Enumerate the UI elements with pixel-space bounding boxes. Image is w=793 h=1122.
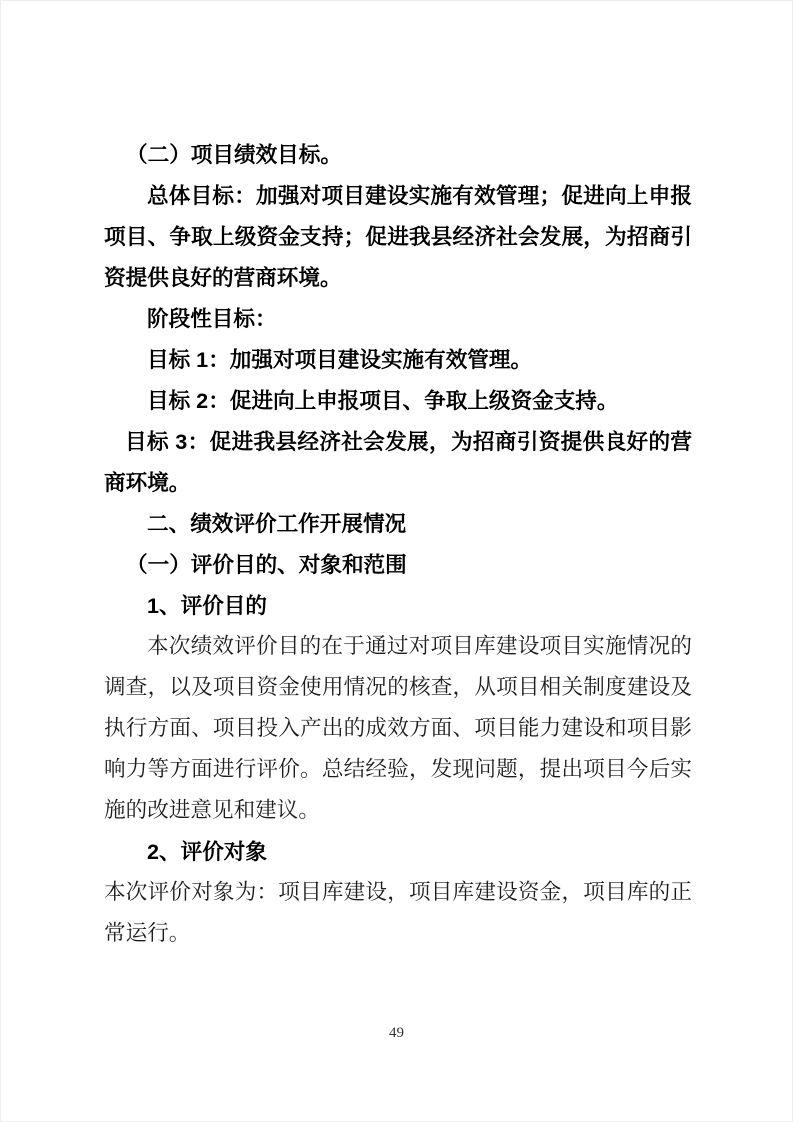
label-stage-goals: 阶段性目标： (104, 298, 692, 339)
paragraph-evaluation-purpose: 本次绩效评价目的在于通过对项目库建设项目实施情况的调查，以及项目资金使用情况的核… (104, 626, 692, 831)
goal-2-line: 目标 2：促进向上申报项目、争取上级资金支持。 (104, 380, 692, 421)
section-heading-evaluation-work: 二、绩效评价工作开展情况 (104, 503, 692, 544)
paragraph-evaluation-object: 本次评价对象为：项目库建设，项目库建设资金，项目库的正常运行。 (104, 872, 692, 954)
heading-item-2-evaluation-object: 2、评价对象 (104, 831, 692, 872)
document-body: （二）项目绩效目标。 总体目标：加强对项目建设实施有效管理；促进向上申报项目、争… (104, 134, 692, 954)
subheading-project-performance-goals: （二）项目绩效目标。 (104, 134, 692, 175)
subheading-evaluation-purpose-scope: （一）评价目的、对象和范围 (104, 544, 692, 585)
document-page: （二）项目绩效目标。 总体目标：加强对项目建设实施有效管理；促进向上申报项目、争… (0, 0, 793, 1122)
paragraph-overall-goal: 总体目标：加强对项目建设实施有效管理；促进向上申报项目、争取上级资金支持；促进我… (104, 175, 692, 298)
page-number: 49 (1, 1025, 792, 1042)
goal-3-line: 目标 3：促进我县经济社会发展，为招商引资提供良好的营商环境。 (104, 421, 692, 503)
heading-item-1-evaluation-purpose: 1、评价目的 (104, 585, 692, 626)
goal-1-line: 目标 1：加强对项目建设实施有效管理。 (104, 339, 692, 380)
